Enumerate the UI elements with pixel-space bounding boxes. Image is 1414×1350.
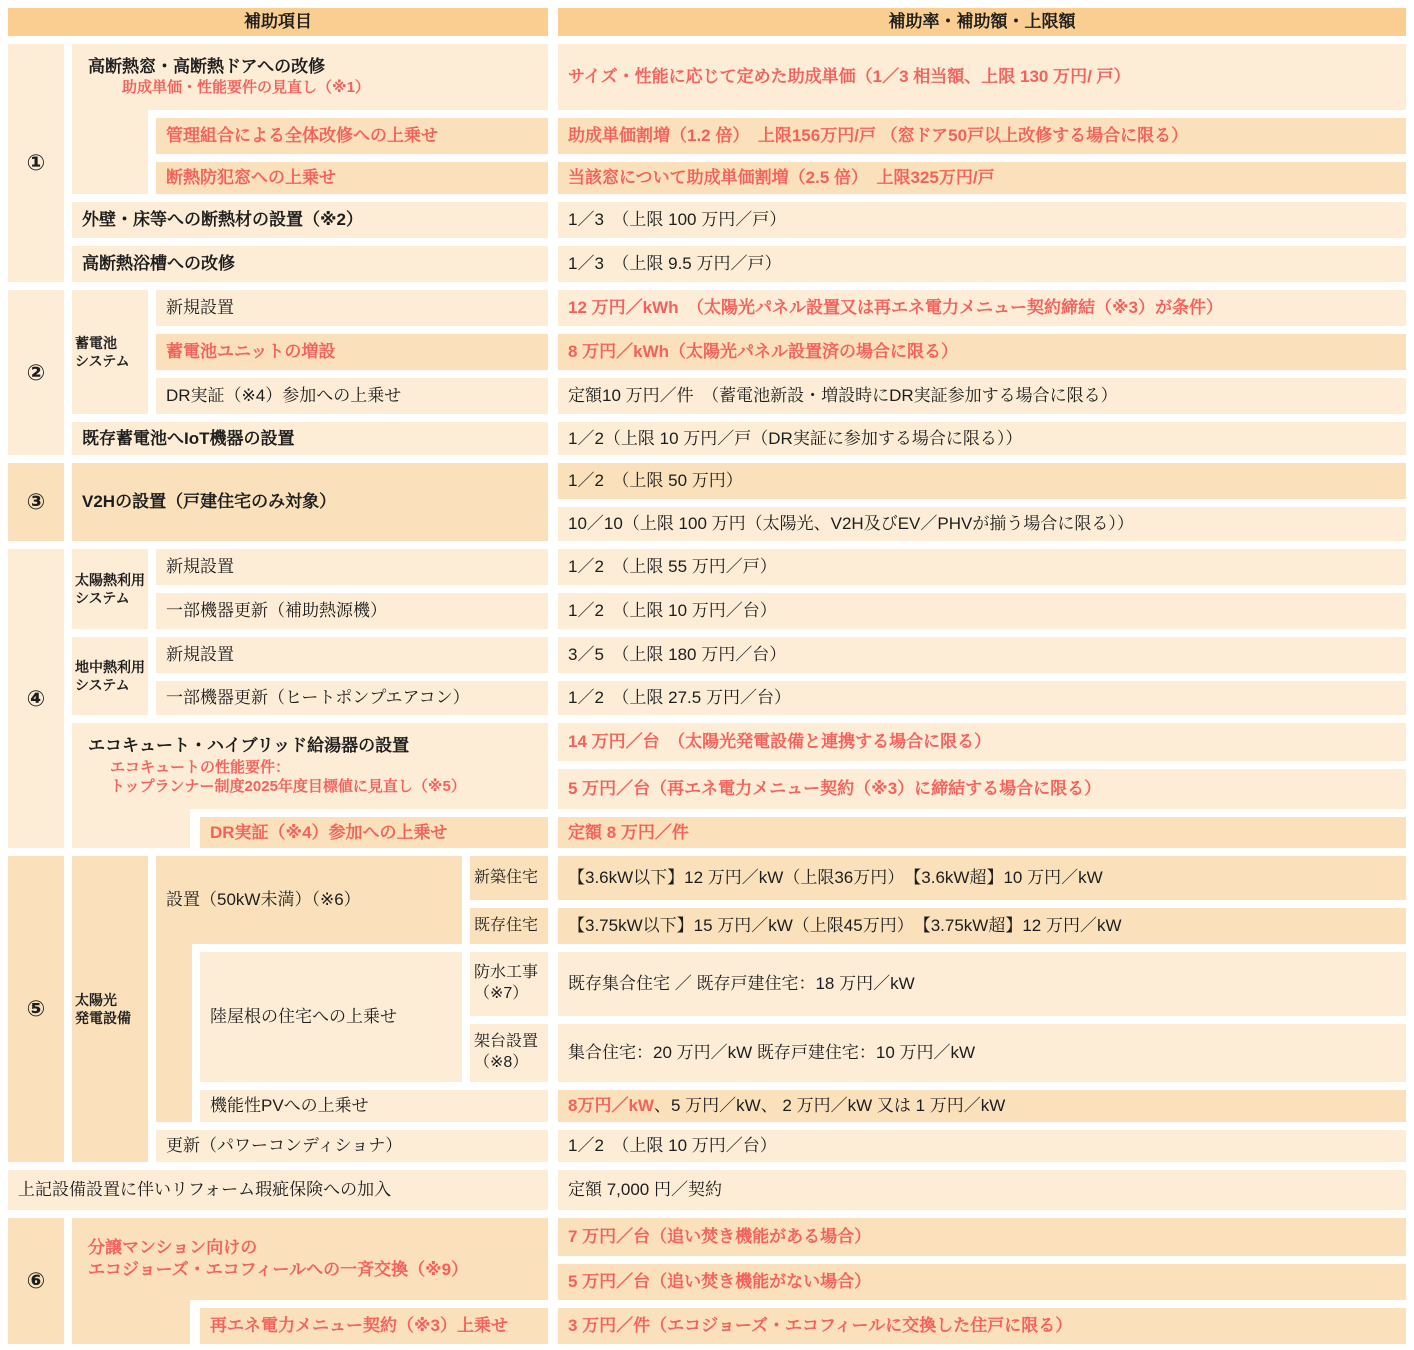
group-line2: システム [75, 676, 130, 694]
pv-value-rest: 、5 万円／kW、 2 万円／kW 又は 1 万円／kW [654, 1095, 1005, 1116]
section3-v2h-value2: 10／10（上限 100 万円（太陽光、V2H及びEV／PHVが揃う場合に限る）… [558, 507, 1406, 541]
group-line1: 太陽光 [75, 991, 117, 1009]
section2-iot-label: 既存蓄電池へIoT機器の設置 [72, 422, 548, 455]
section1-yokusou-label: 高断熱浴槽への改修 [72, 246, 548, 282]
solarheat-koushin-value: 1／2 （上限 10 万円／台） [558, 593, 1406, 629]
section5-group-label: 太陽光 発電設備 [72, 856, 148, 1162]
subsidy-table: 補助項目 補助率・補助額・上限額 ① 高断熱窓・高断熱ドアへの改修 助成単価・性… [0, 0, 1414, 1350]
group-line2: システム [75, 589, 130, 607]
section2-iot-value: 1／2（上限 10 万円／戸（DR実証に参加する場合に限る）） [558, 422, 1406, 455]
section2-shinki-label: 新規設置 [156, 290, 548, 326]
section6-saiene-value: 3 万円／件（エコジョーズ・エコフィールに交換した住戸に限る） [558, 1308, 1406, 1344]
section3-v2h-value1: 1／2 （上限 50 万円） [558, 463, 1406, 499]
section4-dr-value: 定額 8 万円／件 [558, 817, 1406, 848]
section1-kanri-value: 助成単価割増（1.2 倍） 上限156万円/戸 （窓ドア50戸以上改修する場合に… [558, 118, 1406, 154]
section5-pv-label: 機能性PVへの上乗せ [200, 1090, 548, 1122]
section4-ecocute-label: エコキュート・ハイブリッド給湯器の設置 エコキュートの性能要件： トップランナー… [72, 723, 548, 809]
rikuyane-bousui-label: 防水工事（※7） [470, 952, 548, 1016]
solarheat-shinki-value: 1／2 （上限 55 万円／戸） [558, 549, 1406, 585]
insurance-value: 定額 7,000 円／契約 [558, 1170, 1406, 1210]
setti-shinchiku-label: 新築住宅 [470, 856, 548, 900]
section4-dr-label: DR実証（※4）参加への上乗せ [200, 817, 548, 848]
section6-value2: 5 万円／台（追い焚き機能がない場合） [558, 1264, 1406, 1300]
setti-shinchiku-value: 【3.6kW以下】12 万円／kW（上限36万円） 【3.6kW超】10 万円／… [558, 856, 1406, 900]
window-note: 助成単価・性能要件の見直し（※1） [82, 78, 370, 98]
section1-gaiheki-label: 外壁・床等への断熱材の設置（※2） [72, 202, 548, 238]
section6-number: ⑥ [8, 1218, 64, 1344]
geoheat-koushin-label: 一部機器更新（ヒートポンプエアコン） [156, 681, 548, 715]
section2-group-label: 蓄電池 システム [72, 290, 148, 414]
setti-kison-label: 既存住宅 [470, 908, 548, 944]
section3-number: ③ [8, 463, 64, 541]
section6-line1: 分譲マンション向けの [82, 1237, 257, 1259]
ecocute-value2: 5 万円／台（再エネ電力メニュー契約（※3）に締結する場合に限る） [558, 769, 1406, 809]
insurance-label: 上記設備設置に伴いリフォーム瑕疵保険への加入 [8, 1170, 548, 1210]
section6-main-label: 分譲マンション向けの エコジョーズ・エコフィールへの一斉交換（※9） [72, 1218, 548, 1300]
ecocute-title: エコキュート・ハイブリッド給湯器の設置 [82, 735, 409, 757]
header-item-column: 補助項目 [8, 8, 548, 36]
rikuyane-kadai-value: 集合住宅：20 万円／kW 既存戸建住宅：10 万円／kW [558, 1024, 1406, 1082]
geoheat-shinki-label: 新規設置 [156, 637, 548, 673]
section5-setti-label: 設置（50kW未満）（※6） [156, 856, 462, 944]
section5-koushin-label: 更新（パワーコンディショナ） [156, 1130, 548, 1162]
window-title: 高断熱窓・高断熱ドアへの改修 [82, 56, 325, 78]
geoheat-koushin-value: 1／2 （上限 27.5 万円／台） [558, 681, 1406, 715]
header-rate-column: 補助率・補助額・上限額 [558, 8, 1406, 36]
section1-window-label: 高断熱窓・高断熱ドアへの改修 助成単価・性能要件の見直し（※1） [72, 44, 548, 110]
group-line2: システム [75, 352, 130, 370]
section1-number: ① [8, 44, 64, 282]
ecocute-note1: エコキュートの性能要件： [82, 758, 290, 778]
section1-window-value: サイズ・性能に応じて定めた助成単価（1／3 相当額、上限 130 万円/ 戸） [558, 44, 1406, 110]
section1-bouhan-value: 当該窓について助成単価割増（2.5 倍） 上限325万円/戸 [558, 162, 1406, 194]
section2-shinki-value: 12 万円／kWh （太陽光パネル設置又は再エネ電力メニュー契約締結（※3）が条… [558, 290, 1406, 326]
pv-value-highlight: 8万円／kW [568, 1095, 654, 1116]
setti-kison-value: 【3.75kW以下】15 万円／kW（上限45万円） 【3.75kW超】12 万… [558, 908, 1406, 944]
section3-v2h-label: V2Hの設置（戸建住宅のみ対象） [72, 463, 548, 541]
section6-saiene-label: 再エネ電力メニュー契約（※3）上乗せ [200, 1308, 548, 1344]
section4-solarheat-group: 太陽熱利用 システム [72, 549, 148, 629]
solarheat-koushin-label: 一部機器更新（補助熱源機） [156, 593, 548, 629]
section4-number: ④ [8, 549, 64, 848]
section2-zousetsu-value: 8 万円／kWh（太陽光パネル設置済の場合に限る） [558, 334, 1406, 370]
section1-bouhan-label: 断熱防犯窓への上乗せ [156, 162, 548, 194]
section5-pv-value: 8万円／kW、5 万円／kW、 2 万円／kW 又は 1 万円／kW [558, 1090, 1406, 1122]
group-line1: 太陽熱利用 [75, 571, 145, 589]
section6-value1: 7 万円／台（追い焚き機能がある場合） [558, 1218, 1406, 1256]
section4-geoheat-group: 地中熱利用 システム [72, 637, 148, 715]
geoheat-shinki-value: 3／5 （上限 180 万円／台） [558, 637, 1406, 673]
section5-rikuyane-label: 陸屋根の住宅への上乗せ [200, 952, 462, 1082]
section2-dr-label: DR実証（※4）参加への上乗せ [156, 378, 548, 414]
section2-zousetsu-label: 蓄電池ユニットの増設 [156, 334, 548, 370]
group-line1: 地中熱利用 [75, 658, 145, 676]
ecocute-note2: トップランナー制度2025年度目標値に見直し（※5） [82, 777, 466, 797]
rikuyane-kadai-label: 架台設置（※8） [470, 1024, 548, 1082]
section1-gaiheki-value: 1／3 （上限 100 万円／戸） [558, 202, 1406, 238]
rikuyane-bousui-value: 既存集合住宅 ／ 既存戸建住宅：18 万円／kW [558, 952, 1406, 1016]
ecocute-value1: 14 万円／台 （太陽光発電設備と連携する場合に限る） [558, 723, 1406, 761]
section5-koushin-value: 1／2 （上限 10 万円／台） [558, 1130, 1406, 1162]
section2-number: ② [8, 290, 64, 455]
section6-line2: エコジョーズ・エコフィールへの一斉交換（※9） [82, 1259, 468, 1281]
section1-yokusou-value: 1／3 （上限 9.5 万円／戸） [558, 246, 1406, 282]
group-line1: 蓄電池 [75, 334, 117, 352]
section1-kanri-label: 管理組合による全体改修への上乗せ [156, 118, 548, 154]
solarheat-shinki-label: 新規設置 [156, 549, 548, 585]
section2-dr-value: 定額10 万円／件 （蓄電池新設・増設時にDR実証参加する場合に限る） [558, 378, 1406, 414]
section5-number: ⑤ [8, 856, 64, 1162]
group-line2: 発電設備 [75, 1009, 131, 1027]
